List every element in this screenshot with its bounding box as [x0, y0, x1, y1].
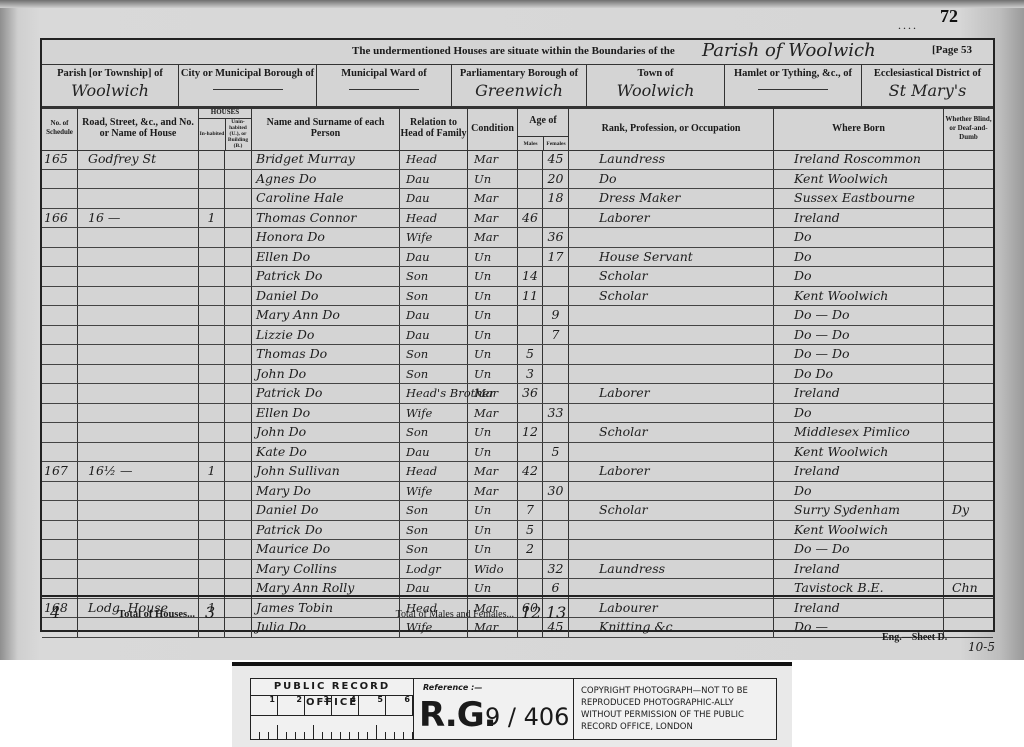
cell-blind [944, 306, 993, 325]
table-row: 16616 —1Thomas ConnorHeadMar46LaborerIre… [42, 209, 993, 229]
place-label: Ecclesiastical District of [862, 64, 993, 79]
cell-male-age [518, 170, 543, 189]
cell-uninhabited [225, 170, 252, 189]
cell-female-age: 7 [543, 326, 569, 345]
cell-inhabited [199, 306, 225, 325]
cell-male-age [518, 306, 543, 325]
cell-inhabited [199, 404, 225, 423]
cell-male-age: 5 [518, 345, 543, 364]
cell-uninhabited [225, 365, 252, 384]
cell-road [78, 326, 199, 345]
cell-road [78, 443, 199, 462]
cell-blind [944, 462, 993, 481]
cell-schedule: 167 [42, 462, 78, 481]
col-uninhabited: Unin-habited (U.), or Building (B.) [225, 118, 251, 150]
cell-occupation: Scholar [569, 501, 774, 520]
cell-male-age: 12 [518, 423, 543, 442]
table-row: Ellen DoDauUn17House ServantDo [42, 248, 993, 268]
cell-road [78, 267, 199, 286]
cell-name: John Do [252, 423, 400, 442]
cell-inhabited: 1 [199, 462, 225, 481]
table-row: Ellen DoWifeMar33Do [42, 404, 993, 424]
cell-occupation: Scholar [569, 267, 774, 286]
cell-relation: Son [400, 423, 468, 442]
col-road: Road, Street, &c., and No. or Name of Ho… [78, 106, 199, 150]
table-row: Honora DoWifeMar36Do [42, 228, 993, 248]
table-row: 16716½ —1John SullivanHeadMar42LaborerIr… [42, 462, 993, 482]
cell-uninhabited [225, 287, 252, 306]
table-row: Daniel DoSonUn11ScholarKent Woolwich [42, 287, 993, 307]
table-row: Maurice DoSonUn2Do — Do [42, 540, 993, 560]
cell-schedule [42, 248, 78, 267]
total-houses-inhabited: 3 [199, 597, 225, 632]
title-prefix: The undermentioned Houses are situate wi… [352, 45, 675, 57]
table-row: Daniel DoSonUn7ScholarSurry SydenhamDy [42, 501, 993, 521]
cell-condition: Un [468, 170, 518, 189]
cell-occupation: House Servant [569, 248, 774, 267]
cell-female-age: 18 [543, 189, 569, 208]
cell-male-age [518, 560, 543, 579]
cell-name: Kate Do [252, 443, 400, 462]
cell-relation: Lodgr [400, 560, 468, 579]
col-schedule: No. of Schedule [42, 106, 78, 150]
totals-row: 4 Total of Houses... 3 Total of Males an… [42, 595, 993, 632]
cell-female-age: 9 [543, 306, 569, 325]
place-label: Municipal Ward of [317, 64, 451, 79]
cell-blind [944, 228, 993, 247]
cell-relation: Son [400, 345, 468, 364]
table-row: Mary DoWifeMar30Do [42, 482, 993, 502]
cell-schedule [42, 540, 78, 559]
cell-male-age: 2 [518, 540, 543, 559]
table-row: 165Godfrey StBridget MurrayHeadMar45Laun… [42, 150, 993, 170]
cell-uninhabited [225, 462, 252, 481]
cell-name: Bridget Murray [252, 150, 400, 169]
cell-female-age [543, 462, 569, 481]
cell-schedule [42, 365, 78, 384]
col-condition: Condition [468, 106, 518, 150]
cell-name: Daniel Do [252, 501, 400, 520]
cell-where-born: Do — Do [774, 540, 944, 559]
cell-male-age [518, 482, 543, 501]
total-persons-label-cell: Total of Males and Females... [252, 597, 518, 632]
cell-inhabited [199, 521, 225, 540]
cell-road [78, 501, 199, 520]
col-relation: Relation to Head of Family [400, 106, 468, 150]
col-inhabited: In-habited [199, 118, 226, 150]
cell-male-age [518, 248, 543, 267]
cell-road [78, 306, 199, 325]
cell-inhabited [199, 501, 225, 520]
cell-male-age: 11 [518, 287, 543, 306]
reference-section: Reference :— R.G. 9 / 406 [413, 679, 574, 739]
cell-where-born: Do [774, 404, 944, 423]
blank-dash [349, 89, 419, 90]
census-sheet: .... 72 The undermentioned Houses are si… [0, 0, 1024, 660]
cell-relation: Son [400, 521, 468, 540]
place-municipal-borough: City or Municipal Borough of [179, 64, 317, 106]
cell-female-age [543, 365, 569, 384]
table-row: Patrick DoSonUn5Kent Woolwich [42, 521, 993, 541]
cell-relation: Wife [400, 228, 468, 247]
cell-occupation: Dress Maker [569, 189, 774, 208]
cell-condition: Mar [468, 384, 518, 403]
table-row: Kate DoDauUn5Kent Woolwich [42, 443, 993, 463]
cell-schedule [42, 345, 78, 364]
cell-road: 16½ — [78, 462, 199, 481]
cell-blind [944, 443, 993, 462]
cell-uninhabited [225, 326, 252, 345]
cell-condition: Wido [468, 560, 518, 579]
cell-inhabited [199, 248, 225, 267]
cell-relation: Head [400, 150, 468, 169]
cell-where-born: Do — Do [774, 306, 944, 325]
title-handwritten: Parish of Woolwich [702, 40, 876, 61]
cell-condition: Un [468, 267, 518, 286]
cell-name: Ellen Do [252, 404, 400, 423]
cell-occupation [569, 521, 774, 540]
cell-inhabited [199, 560, 225, 579]
cell-uninhabited [225, 248, 252, 267]
cell-name: John Sullivan [252, 462, 400, 481]
cell-name: Thomas Connor [252, 209, 400, 228]
cell-road: 16 — [78, 209, 199, 228]
cell-female-age: 36 [543, 228, 569, 247]
cell-female-age [543, 501, 569, 520]
cell-name: John Do [252, 365, 400, 384]
cell-condition: Un [468, 306, 518, 325]
cell-male-age: 36 [518, 384, 543, 403]
cell-female-age: 5 [543, 443, 569, 462]
place-hamlet: Hamlet or Tything, &c., of [725, 64, 862, 106]
total-persons-label: Total of Males and Females... [396, 609, 514, 620]
col-age: Age of Males Females [518, 106, 569, 150]
ruler-cm-mark: 3 [305, 695, 332, 715]
archive-note: 10-5 [968, 640, 995, 654]
cell-name: Patrick Do [252, 384, 400, 403]
cell-relation: Head's Brother [400, 384, 468, 403]
cell-relation: Son [400, 365, 468, 384]
place-label: City or Municipal Borough of [179, 64, 316, 79]
cell-condition: Mar [468, 150, 518, 169]
cell-uninhabited [225, 482, 252, 501]
blank-dash [213, 89, 283, 90]
cell-uninhabited [225, 150, 252, 169]
ruler-inches [251, 715, 413, 739]
cell-where-born: Ireland Roscommon [774, 150, 944, 169]
cell-uninhabited [225, 209, 252, 228]
cell-uninhabited [225, 267, 252, 286]
col-where-born: Where Born [774, 106, 944, 150]
cell-male-age [518, 150, 543, 169]
cell-inhabited [199, 287, 225, 306]
cell-relation: Wife [400, 482, 468, 501]
cell-schedule [42, 267, 78, 286]
cell-blind [944, 365, 993, 384]
ruler-section: PUBLIC RECORD OFFICE 1 2 3 4 5 6 [251, 679, 414, 739]
cell-where-born: Ireland [774, 560, 944, 579]
cell-inhabited [199, 443, 225, 462]
cell-blind [944, 248, 993, 267]
cell-uninhabited [225, 404, 252, 423]
cell-schedule [42, 228, 78, 247]
cell-blind [944, 482, 993, 501]
cell-schedule [42, 404, 78, 423]
cell-male-age: 46 [518, 209, 543, 228]
cell-inhabited [199, 540, 225, 559]
cell-blind [944, 404, 993, 423]
cell-relation: Wife [400, 404, 468, 423]
cell-occupation [569, 404, 774, 423]
cell-name: Patrick Do [252, 521, 400, 540]
cell-condition: Un [468, 326, 518, 345]
table-row: Agnes DoDauUn20DoKent Woolwich [42, 170, 993, 190]
cell-road [78, 365, 199, 384]
cell-occupation: Laborer [569, 209, 774, 228]
table-row: Patrick DoHead's BrotherMar36LaborerIrel… [42, 384, 993, 404]
cell-road [78, 287, 199, 306]
cell-occupation: Laundress [569, 150, 774, 169]
cell-road [78, 423, 199, 442]
cell-blind [944, 189, 993, 208]
total-uninhabited [225, 597, 252, 632]
ruler-cm-mark: 1 [251, 695, 278, 715]
cell-blind [944, 170, 993, 189]
cell-relation: Dau [400, 326, 468, 345]
cell-blind [944, 267, 993, 286]
cell-male-age: 3 [518, 365, 543, 384]
cell-schedule [42, 306, 78, 325]
cell-inhabited [199, 326, 225, 345]
place-label: Parish [or Township] of [42, 64, 178, 79]
cell-male-age [518, 443, 543, 462]
cell-inhabited [199, 228, 225, 247]
ruler-cm: 1 2 3 4 5 6 [251, 695, 413, 716]
cell-inhabited: 1 [199, 209, 225, 228]
copyright-notice: COPYRIGHT PHOTOGRAPH—NOT TO BE REPRODUCE… [573, 679, 776, 739]
table-row: Patrick DoSonUn14ScholarDo [42, 267, 993, 287]
table-row: John DoSonUn3Do Do [42, 365, 993, 385]
cell-name: Agnes Do [252, 170, 400, 189]
cell-condition: Un [468, 248, 518, 267]
table-row: John DoSonUn12ScholarMiddlesex Pimlico [42, 423, 993, 443]
title-row: The undermentioned Houses are situate wi… [42, 40, 993, 65]
cell-inhabited [199, 384, 225, 403]
reference-label: Reference :— [423, 683, 482, 692]
cell-where-born: Do — Do [774, 326, 944, 345]
cell-inhabited [199, 345, 225, 364]
cell-occupation [569, 326, 774, 345]
col-occupation: Rank, Profession, or Occupation [569, 106, 774, 150]
place-ecclesiastical-district: Ecclesiastical District of St Mary's [862, 64, 993, 106]
cell-road [78, 228, 199, 247]
cell-name: Caroline Hale [252, 189, 400, 208]
cell-road [78, 521, 199, 540]
cell-relation: Son [400, 501, 468, 520]
cell-female-age [543, 384, 569, 403]
cell-relation: Dau [400, 443, 468, 462]
cell-inhabited [199, 365, 225, 384]
cell-schedule [42, 443, 78, 462]
cell-road [78, 482, 199, 501]
cell-schedule [42, 501, 78, 520]
cell-male-age [518, 326, 543, 345]
place-value: Greenwich [452, 81, 586, 100]
scan-edge-shadow [0, 0, 1024, 8]
cell-occupation [569, 228, 774, 247]
total-houses-label: Total of Houses... [118, 609, 195, 620]
cell-male-age [518, 189, 543, 208]
cell-occupation: Do [569, 170, 774, 189]
cell-road [78, 189, 199, 208]
cell-road [78, 384, 199, 403]
cell-blind [944, 150, 993, 169]
cell-uninhabited [225, 189, 252, 208]
page-label: [Page 53 [932, 44, 972, 56]
cell-female-age [543, 540, 569, 559]
cell-relation: Dau [400, 170, 468, 189]
place-town: Town of Woolwich [587, 64, 725, 106]
cell-relation: Head [400, 209, 468, 228]
cell-condition: Mar [468, 209, 518, 228]
cell-where-born: Do [774, 228, 944, 247]
stamp-box: PUBLIC RECORD OFFICE 1 2 3 4 5 6 Referen… [250, 678, 777, 740]
cell-female-age [543, 521, 569, 540]
cell-condition: Mar [468, 404, 518, 423]
reference-number: 9 / 406 [485, 703, 569, 731]
cell-where-born: Do [774, 248, 944, 267]
cell-occupation [569, 306, 774, 325]
cell-name: Honora Do [252, 228, 400, 247]
cell-where-born: Ireland [774, 462, 944, 481]
cell-female-age [543, 267, 569, 286]
cell-schedule [42, 384, 78, 403]
cell-blind [944, 209, 993, 228]
cell-name: Daniel Do [252, 287, 400, 306]
cell-blind [944, 345, 993, 364]
cell-female-age: 20 [543, 170, 569, 189]
blank-dash [758, 89, 828, 90]
cell-inhabited [199, 423, 225, 442]
cell-where-born: Ireland [774, 209, 944, 228]
total-schedules: 4 [42, 597, 78, 632]
ruler-cm-mark: 2 [278, 695, 305, 715]
place-parliamentary-borough: Parliamentary Borough of Greenwich [452, 64, 587, 106]
cell-name: Lizzie Do [252, 326, 400, 345]
col-houses: HOUSES In-habited Unin-habited (U.), or … [199, 106, 252, 150]
cell-blind [944, 521, 993, 540]
cell-relation: Head [400, 462, 468, 481]
cell-road [78, 248, 199, 267]
col-name: Name and Surname of each Person [252, 106, 400, 150]
sheet-label: Eng.—Sheet D. [882, 632, 947, 643]
table-row: Thomas DoSonUn5Do — Do [42, 345, 993, 365]
cell-schedule [42, 482, 78, 501]
place-value: Woolwich [587, 81, 724, 100]
cell-female-age: 32 [543, 560, 569, 579]
cell-road [78, 540, 199, 559]
cell-schedule [42, 326, 78, 345]
cell-where-born: Do [774, 267, 944, 286]
cell-blind [944, 287, 993, 306]
cell-male-age: 5 [518, 521, 543, 540]
place-label: Town of [587, 64, 724, 79]
table-row: Lizzie DoDauUn7Do — Do [42, 326, 993, 346]
cell-female-age [543, 423, 569, 442]
cell-occupation [569, 482, 774, 501]
cell-condition: Mar [468, 228, 518, 247]
cell-condition: Un [468, 540, 518, 559]
age-label: Age of [518, 106, 568, 137]
cell-name: Mary Do [252, 482, 400, 501]
cell-relation: Son [400, 287, 468, 306]
cell-where-born: Kent Woolwich [774, 170, 944, 189]
cell-relation: Dau [400, 248, 468, 267]
cell-where-born: Sussex Eastbourne [774, 189, 944, 208]
public-record-office-stamp: PUBLIC RECORD OFFICE 1 2 3 4 5 6 Referen… [232, 662, 792, 747]
cell-occupation: Laundress [569, 560, 774, 579]
cell-where-born: Kent Woolwich [774, 443, 944, 462]
cell-condition: Mar [468, 462, 518, 481]
cell-road [78, 170, 199, 189]
cell-uninhabited [225, 501, 252, 520]
cell-where-born: Do Do [774, 365, 944, 384]
cell-occupation [569, 365, 774, 384]
place-parish: Parish [or Township] of Woolwich [42, 64, 179, 106]
cell-where-born: Kent Woolwich [774, 521, 944, 540]
place-label: Parliamentary Borough of [452, 64, 586, 79]
cell-occupation: Laborer [569, 384, 774, 403]
cell-male-age [518, 228, 543, 247]
cell-occupation [569, 443, 774, 462]
cell-condition: Un [468, 443, 518, 462]
cell-name: Mary Ann Do [252, 306, 400, 325]
place-municipal-ward: Municipal Ward of [317, 64, 452, 106]
cell-male-age [518, 404, 543, 423]
cell-uninhabited [225, 443, 252, 462]
enumeration-table: The undermentioned Houses are situate wi… [40, 38, 995, 632]
cell-condition: Mar [468, 482, 518, 501]
office-name: PUBLIC RECORD OFFICE [251, 679, 413, 696]
cell-uninhabited [225, 306, 252, 325]
cell-schedule: 166 [42, 209, 78, 228]
cell-where-born: Middlesex Pimlico [774, 423, 944, 442]
cell-male-age: 14 [518, 267, 543, 286]
cell-relation: Dau [400, 306, 468, 325]
place-value: Woolwich [42, 81, 178, 100]
cell-inhabited [199, 482, 225, 501]
total-males: 12 [518, 597, 543, 632]
cell-relation: Son [400, 540, 468, 559]
cell-relation: Dau [400, 189, 468, 208]
cell-condition: Un [468, 365, 518, 384]
cell-occupation: Scholar [569, 287, 774, 306]
cell-blind [944, 560, 993, 579]
cell-condition: Un [468, 287, 518, 306]
cell-condition: Un [468, 423, 518, 442]
cell-uninhabited [225, 423, 252, 442]
cell-uninhabited [225, 228, 252, 247]
cell-where-born: Surry Sydenham [774, 501, 944, 520]
table-row: Mary CollinsLodgrWido32LaundressIreland [42, 560, 993, 580]
cell-name: Ellen Do [252, 248, 400, 267]
cell-where-born: Do — Do [774, 345, 944, 364]
cell-female-age [543, 209, 569, 228]
cell-inhabited [199, 170, 225, 189]
cell-female-age [543, 287, 569, 306]
cell-schedule [42, 170, 78, 189]
cell-blind [944, 384, 993, 403]
